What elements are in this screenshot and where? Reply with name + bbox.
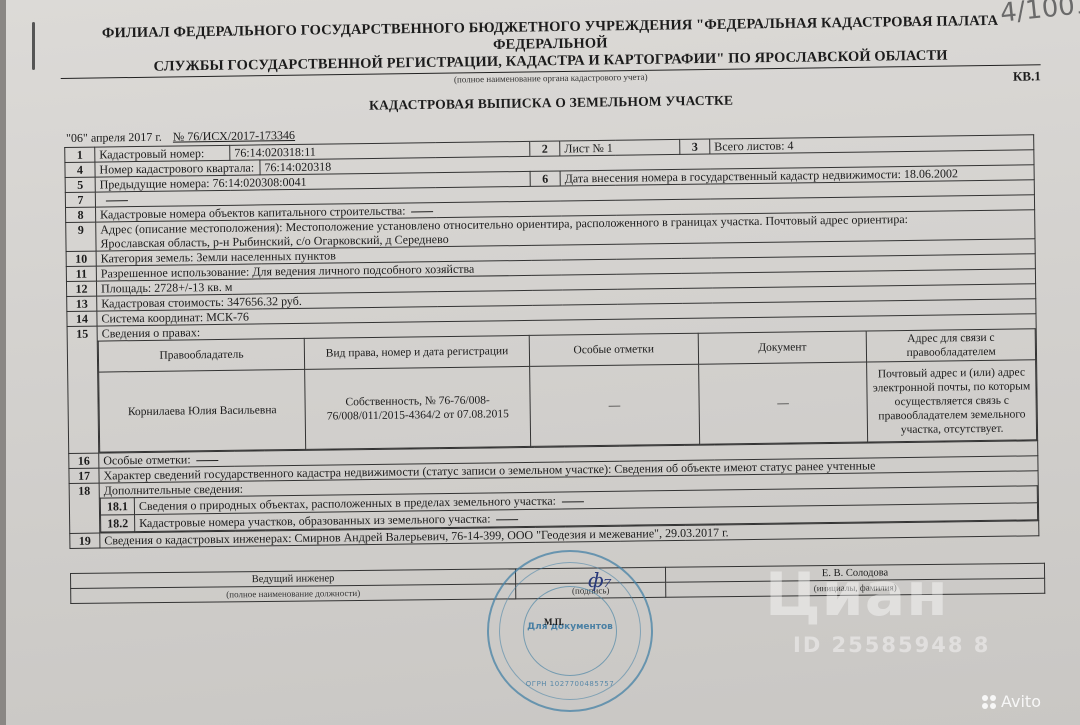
field-number: 3 xyxy=(680,139,710,154)
sheet-number: Лист № 1 xyxy=(560,139,680,156)
rights-section: Сведения о правах: Правообладатель Вид п… xyxy=(97,314,1038,453)
document-number: № 76/ИСХ/2017-173346 xyxy=(173,128,295,144)
special-notes-value: — xyxy=(530,364,700,446)
seal-label: М.П. xyxy=(544,617,564,627)
avito-logo-icon xyxy=(982,695,996,709)
dash-mark xyxy=(197,460,219,461)
stamp-ring-text: ОГРН 1027700485757 xyxy=(489,680,651,688)
cadastral-table: 1 Кадастровый номер: 76:14:020318:11 2 Л… xyxy=(64,134,1039,549)
field-number: 19 xyxy=(70,533,100,548)
dash-mark xyxy=(562,501,584,502)
field-number: 6 xyxy=(530,171,560,186)
quarter-number-label: Номер кадастрового квартала: xyxy=(95,160,260,177)
field-number: 2 xyxy=(530,141,560,156)
rights-table: Правообладатель Вид права, номер и дата … xyxy=(98,328,1037,452)
field-number: 4 xyxy=(65,162,95,177)
field-number: 10 xyxy=(66,251,96,266)
special-notes-label: Особые отметки: xyxy=(103,452,191,467)
cian-watermark-logo: Циан xyxy=(765,560,949,630)
dash-mark xyxy=(496,519,518,520)
field-number: 12 xyxy=(66,281,96,296)
contact-address-value: Почтовый адрес и (или) адрес электронной… xyxy=(867,360,1037,442)
cadastral-number-label: Кадастровый номер: xyxy=(95,145,230,162)
right-registration: Собственность, № 76-76/008-76/008/011/20… xyxy=(305,366,531,449)
document-title: КАДАСТРОВАЯ ВЫПИСКА О ЗЕМЕЛЬНОМ УЧАСТКЕ xyxy=(61,88,1041,118)
field-number: 18 xyxy=(69,483,100,533)
dash-mark xyxy=(412,211,434,212)
handwritten-signature-icon: ф₇ xyxy=(588,568,612,592)
field-number: 8 xyxy=(66,207,96,222)
document-header: ФИЛИАЛ ФЕДЕРАЛЬНОГО ГОСУДАРСТВЕННОГО БЮД… xyxy=(60,12,1041,118)
document-date: "06" апреля 2017 г. xyxy=(66,130,162,145)
stamp-center-text: Для документов xyxy=(489,622,651,632)
cian-watermark-id: ID 25585948 8 xyxy=(793,633,990,657)
col-right-type: Вид права, номер и дата регистрации xyxy=(304,335,529,369)
holder-name: Корнилаева Юлия Васильевна xyxy=(99,369,306,452)
field-number: 1 xyxy=(65,147,95,162)
rights-data-row: Корнилаева Юлия Васильевна Собственность… xyxy=(99,360,1037,452)
staple-mark xyxy=(32,22,35,70)
extract-body: "06" апреля 2017 г. № 76/ИСХ/2017-173346… xyxy=(64,118,1039,549)
page-edge xyxy=(0,0,6,725)
avito-label: Avito xyxy=(1001,692,1041,711)
form-code: КВ.1 xyxy=(1013,68,1041,84)
field-number: 15 xyxy=(67,326,99,453)
row-15: 15 Сведения о правах: Правообладатель Ви… xyxy=(67,314,1038,454)
field-number: 18.2 xyxy=(101,515,135,532)
field-number: 16 xyxy=(69,453,99,468)
field-number: 7 xyxy=(65,192,95,207)
official-stamp: Для документов ОГРН 1027700485757 xyxy=(487,550,653,712)
col-document: Документ xyxy=(698,331,867,364)
field-number: 17 xyxy=(69,468,99,483)
dash-mark xyxy=(106,200,128,201)
field-number: 11 xyxy=(66,266,96,281)
field-number: 18.1 xyxy=(100,498,134,515)
field-number: 14 xyxy=(67,311,97,326)
col-holder: Правообладатель xyxy=(98,338,305,372)
field-number: 5 xyxy=(65,177,95,192)
document-value: — xyxy=(698,362,868,444)
avito-watermark: Avito xyxy=(982,692,1041,711)
field-number: 9 xyxy=(66,222,96,251)
field-number: 13 xyxy=(67,296,97,311)
col-special-notes: Особые отметки xyxy=(529,333,698,366)
derived-parcels-label: Кадастровые номера участков, образованны… xyxy=(139,511,491,530)
col-contact-address: Адрес для связи с правообладателем xyxy=(866,329,1035,362)
